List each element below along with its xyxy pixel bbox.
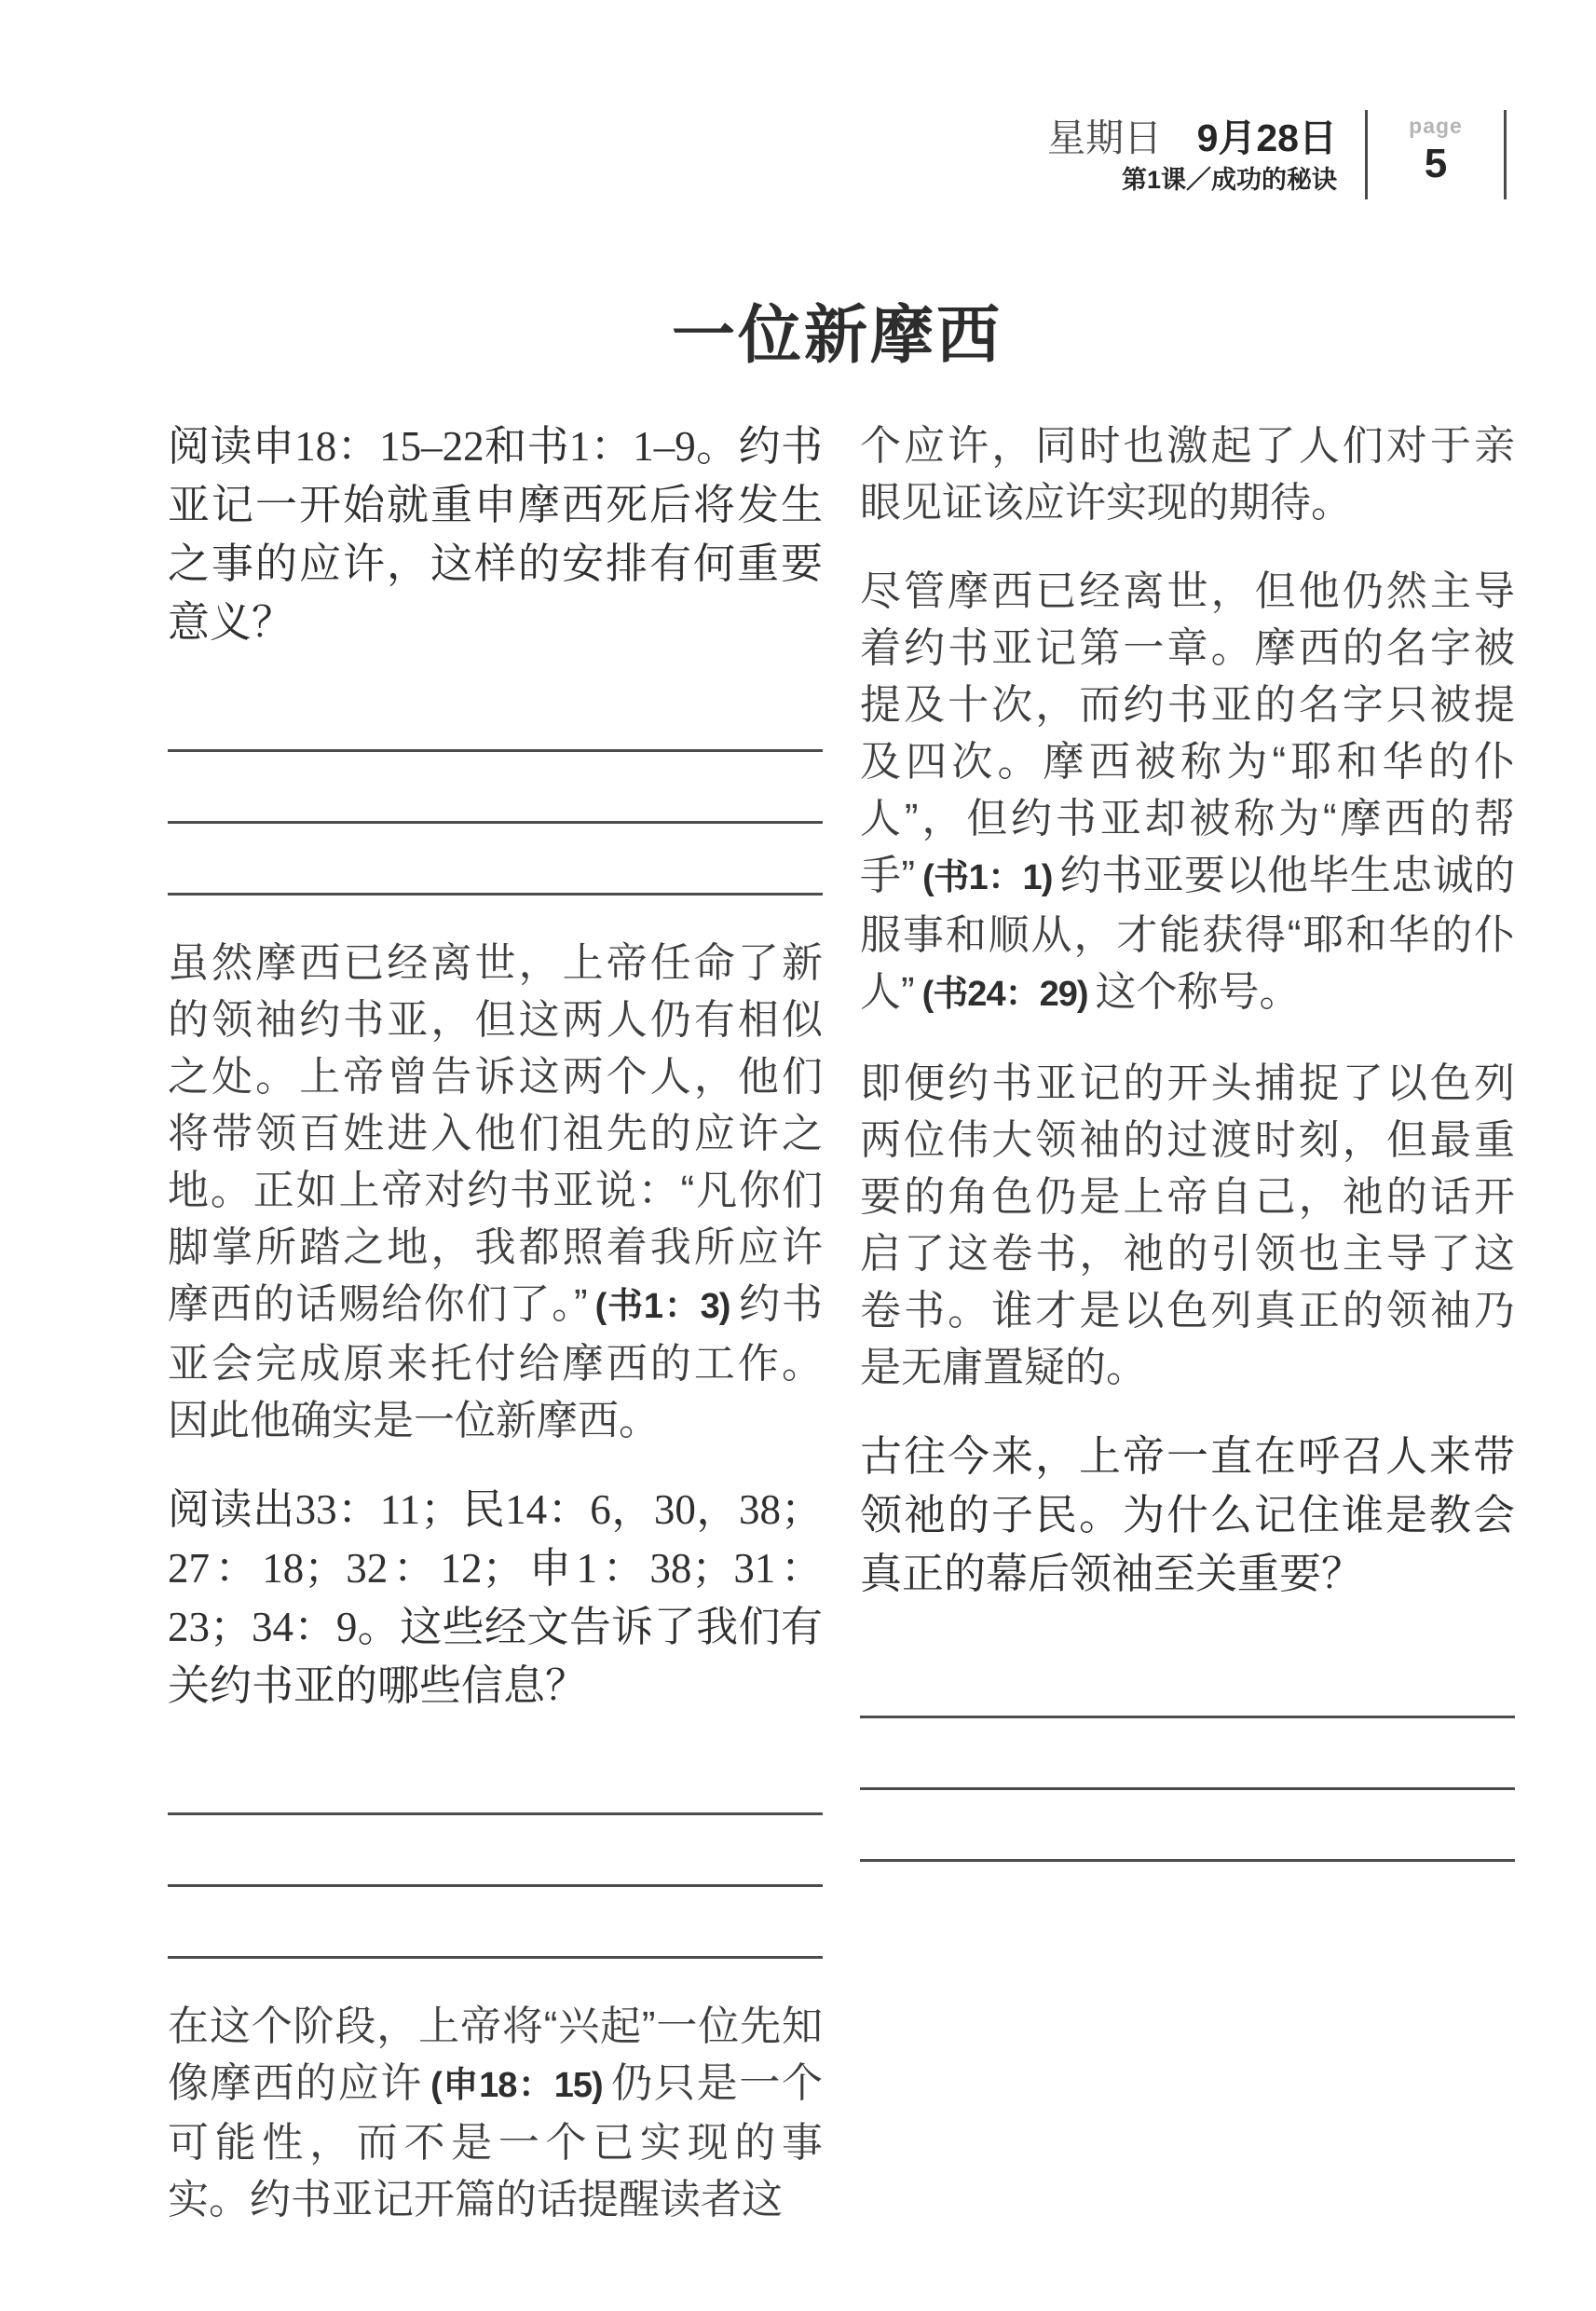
question-paragraph: 古往今来，上帝一直在呼召人来带领祂的子民。为什么记住谁是教会真正的幕后领袖至关重… [860,1428,1515,1604]
body-paragraph: 虽然摩西已经离世，上帝任命了新的领袖约书亚，但这两人仍有相似之处。上帝曾告诉这两… [168,935,823,1449]
text-columns: 阅读申18：15–22和书1：1–9。约书亚记一开始就重申摩西死后将发生之事的应… [168,417,1507,2260]
lesson-title-label: 第1课／成功的秘诀 [1047,166,1337,194]
body-paragraph: 即便约书亚记的开头捕捉了以色列两位伟大领袖的过渡时刻，但最重要的角色仍是上帝自己… [860,1055,1515,1396]
page-title: 一位新摩西 [168,302,1507,369]
right-column: 个应许，同时也激起了人们对于亲眼见证该应许实现的期待。 尽管摩西已经离世，但他仍… [860,417,1515,2260]
weekday-label: 星期日 [1047,116,1162,159]
answer-line [168,680,823,752]
scripture-reference: (申18：15) [430,2066,603,2105]
answer-line [860,1647,1515,1718]
answer-lines-group [168,1744,823,1959]
answer-line [860,1718,1515,1790]
page-label: page [1368,114,1504,139]
date-label: 9月28日 [1197,116,1337,159]
answer-line [168,824,823,896]
answer-line [168,1887,823,1959]
question-paragraph: 阅读出33：11；民14：6，30，38；27：18；32：12；申1：38；3… [168,1481,823,1716]
left-column: 阅读申18：15–22和书1：1–9。约书亚记一开始就重申摩西死后将发生之事的应… [168,417,823,2260]
answer-line [860,1790,1515,1862]
page-number-box: page 5 [1368,110,1504,203]
body-paragraph: 个应许，同时也激起了人们对于亲眼见证该应许实现的期待。 [860,417,1515,531]
answer-lines-group [168,680,823,896]
answer-lines-group [860,1647,1515,1862]
header-text: 星期日 9月28日 第1课／成功的秘诀 [1047,110,1337,203]
scripture-reference: (书1：3) [595,1287,730,1326]
lesson-page: 星期日 9月28日 第1课／成功的秘诀 page 5 一位新摩西 阅读申18：1… [0,0,1596,2311]
scripture-reference: (书24：29) [922,975,1088,1014]
header-divider-right [1504,110,1507,199]
body-paragraph: 在这个阶段，上帝将“兴起”一位先知像摩西的应许(申18：15)仍只是一个可能性，… [168,1998,823,2228]
header-date-line: 星期日 9月28日 [1047,117,1337,158]
answer-line [168,1744,823,1815]
paragraph-text: 虽然摩西已经离世，上帝任命了新的领袖约书亚，但这两人仍有相似之处。上帝曾告诉这两… [168,940,823,1327]
paragraph-text: 这个称号。 [1096,969,1301,1015]
scripture-reference: (书1：1) [922,858,1052,897]
body-paragraph: 尽管摩西已经离世，但他仍然主导着约书亚记第一章。摩西的名字被提及十次，而约书亚的… [860,563,1515,1023]
answer-line [168,752,823,824]
page-number: 5 [1368,141,1504,187]
paragraph-text: 尽管摩西已经离世，但他仍然主导着约书亚记第一章。摩西的名字被提及十次，而约书亚的… [860,568,1515,898]
page-header: 星期日 9月28日 第1课／成功的秘诀 page 5 [168,110,1507,203]
answer-line [168,1815,823,1887]
question-paragraph: 阅读申18：15–22和书1：1–9。约书亚记一开始就重申摩西死后将发生之事的应… [168,417,823,652]
